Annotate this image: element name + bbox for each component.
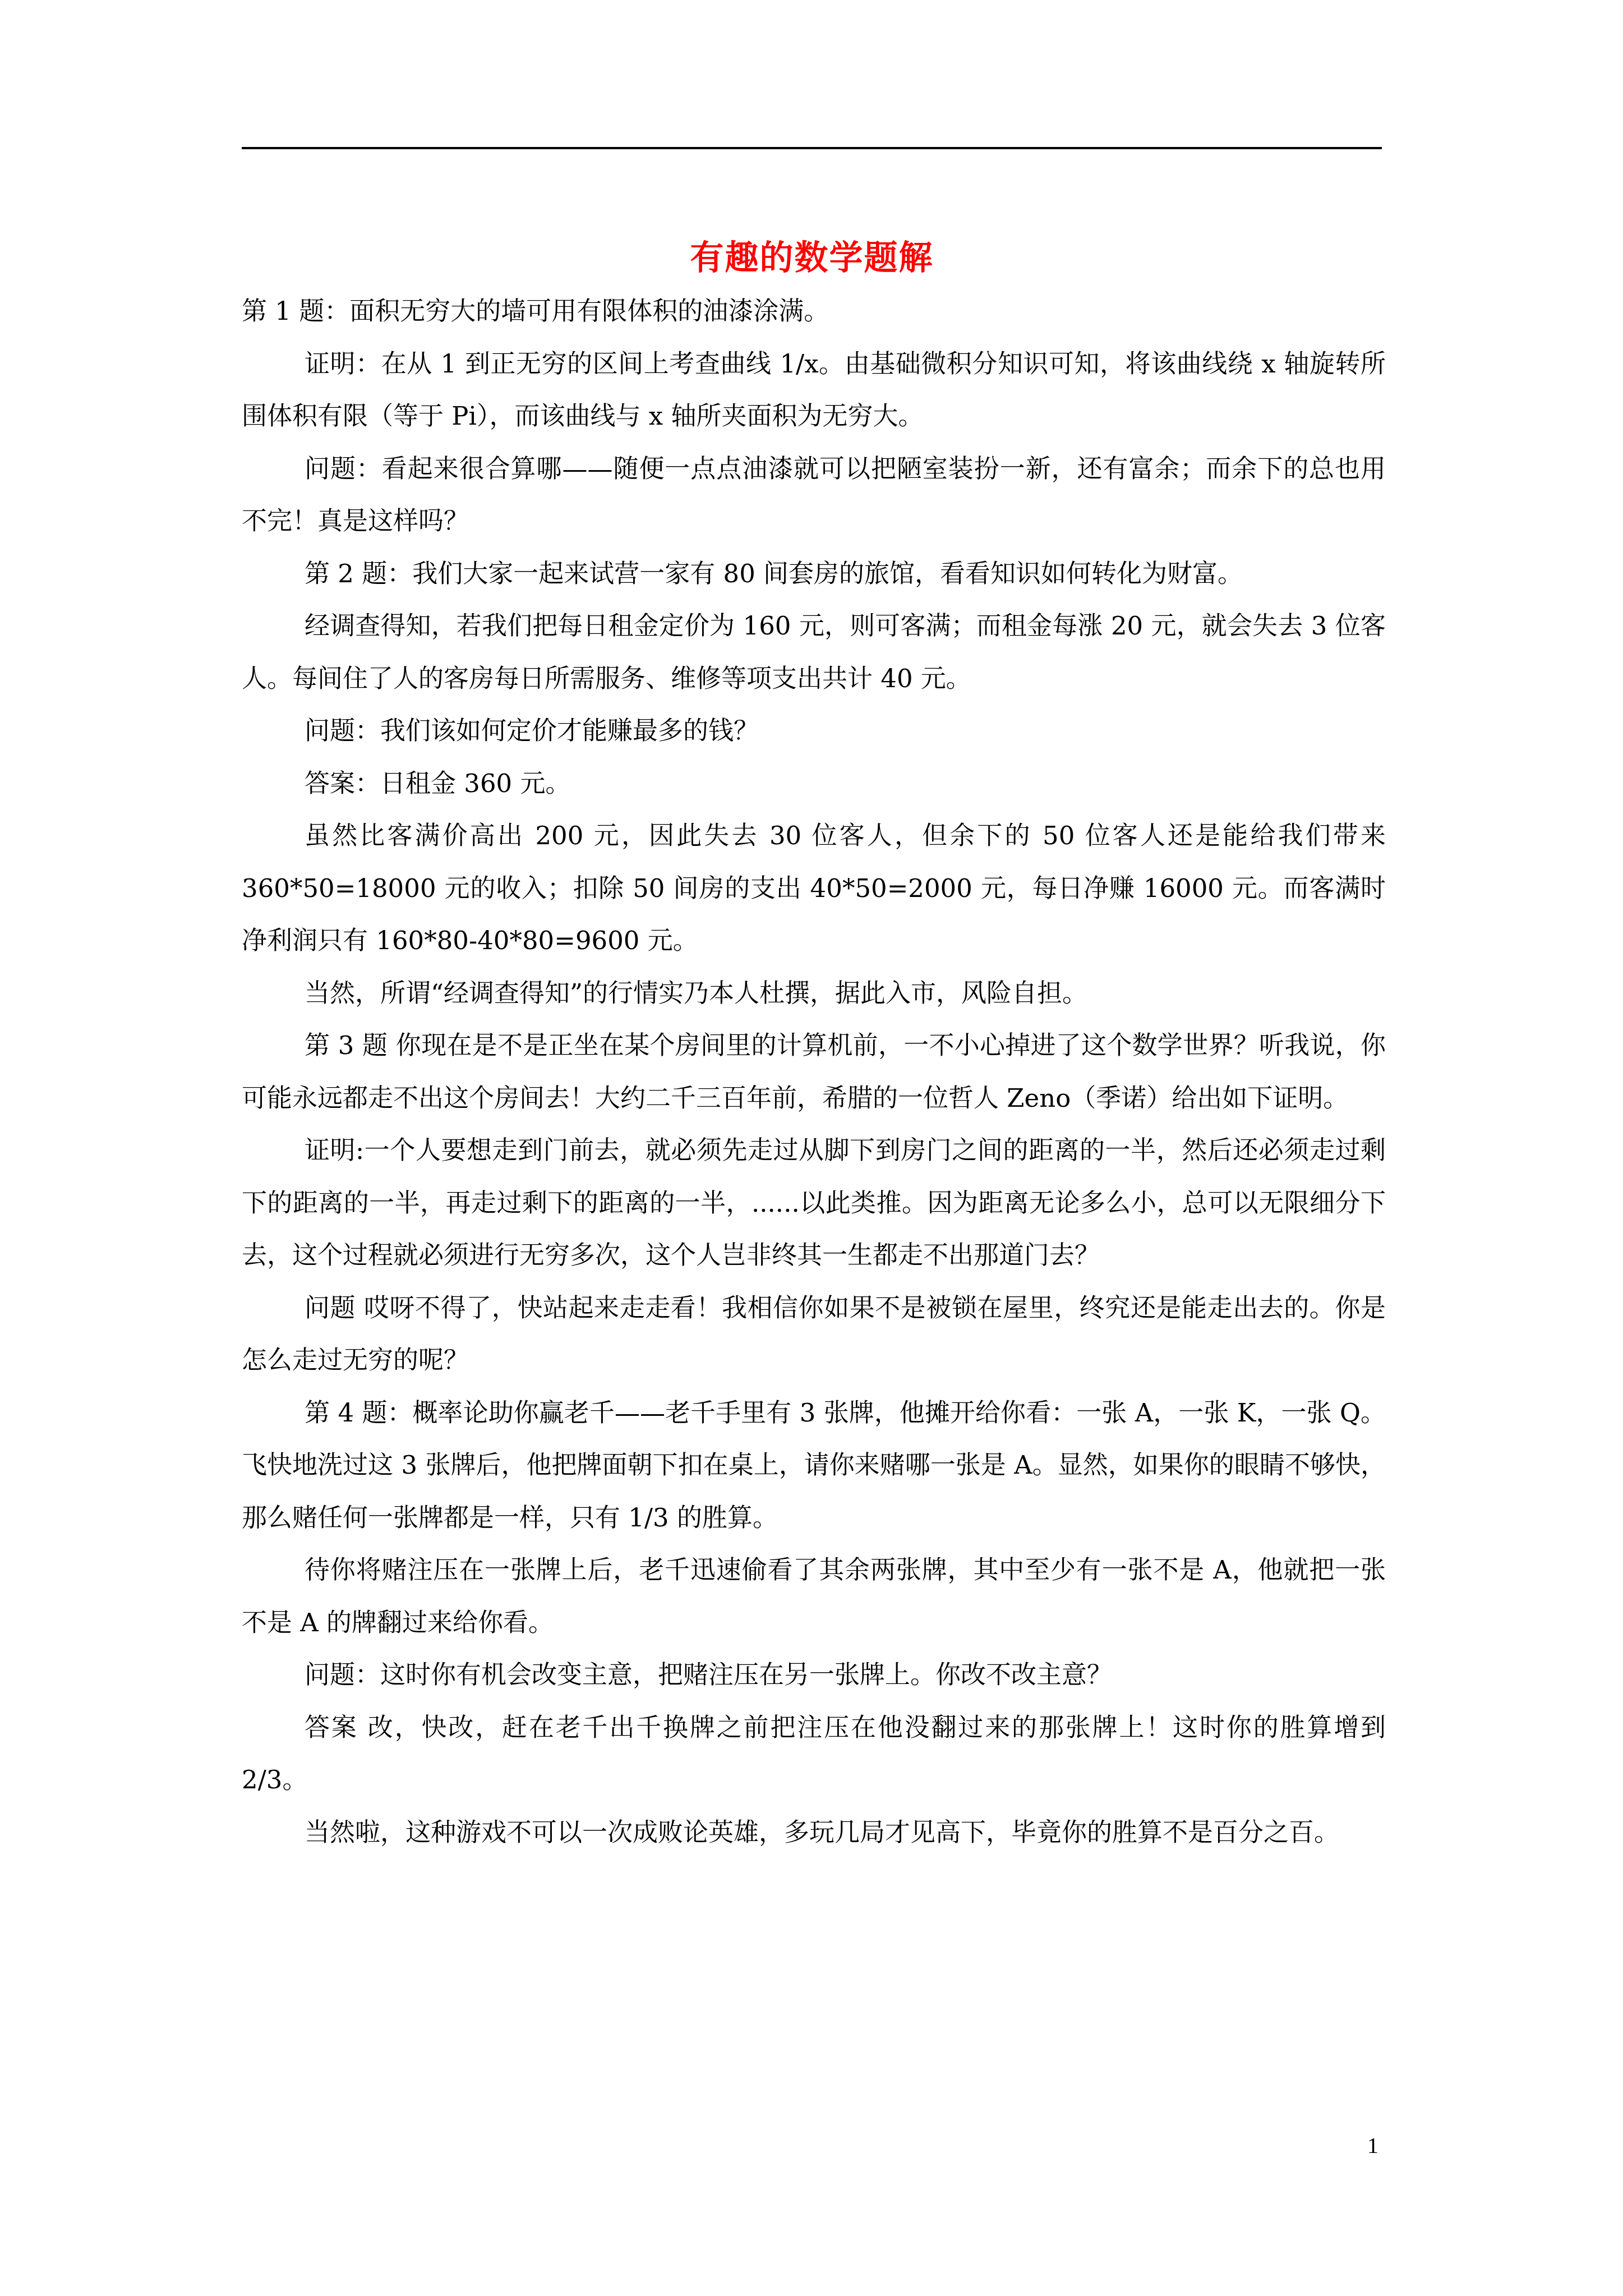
problem-4-question: 问题：这时你有机会改变主意，把赌注压在另一张牌上。你改不改主意？ [242, 1649, 1386, 1701]
problem-1-proof: 证明：在从 1 到正无穷的区间上考查曲线 1/x。由基础微积分知识可知，将该曲线… [242, 338, 1386, 443]
problem-4-setup: 待你将赌注压在一张牌上后，老千迅速偷看了其余两张牌，其中至少有一张不是 A，他就… [242, 1544, 1386, 1649]
problem-2-answer: 答案：日租金 360 元。 [242, 757, 1386, 810]
problem-4-conclusion: 当然啦，这种游戏不可以一次成败论英雄，多玩几局才见高下，毕竟你的胜算不是百分之百… [242, 1806, 1386, 1859]
document-body: 第 1 题：面积无穷大的墙可用有限体积的油漆涂满。 证明：在从 1 到正无穷的区… [242, 285, 1386, 1858]
problem-1-heading: 第 1 题：面积无穷大的墙可用有限体积的油漆涂满。 [242, 285, 1386, 338]
problem-2-explanation: 虽然比客满价高出 200 元，因此失去 30 位客人，但余下的 50 位客人还是… [242, 809, 1386, 967]
header-rule [242, 147, 1382, 149]
problem-3-question: 问题 哎呀不得了，快站起来走走看！我相信你如果不是被锁在屋里，终究还是能走出去的… [242, 1282, 1386, 1387]
problem-3-heading: 第 3 题 你现在是不是正坐在某个房间里的计算机前，一不小心掉进了这个数学世界？… [242, 1019, 1386, 1124]
page-number: 1 [1367, 2132, 1378, 2160]
problem-2-heading: 第 2 题：我们大家一起来试营一家有 80 间套房的旅馆，看看知识如何转化为财富… [242, 547, 1386, 600]
problem-3-proof: 证明:一个人要想走到门前去，就必须先走过从脚下到房门之间的距离的一半，然后还必须… [242, 1124, 1386, 1282]
problem-2-disclaimer: 当然，所谓“经调查得知”的行情实乃本人杜撰，据此入市，风险自担。 [242, 967, 1386, 1020]
problem-2-conditions: 经调查得知，若我们把每日租金定价为 160 元，则可客满；而租金每涨 20 元，… [242, 600, 1386, 705]
problem-2-question: 问题：我们该如何定价才能赚最多的钱？ [242, 705, 1386, 757]
problem-4-heading: 第 4 题：概率论助你赢老千——老千手里有 3 张牌，他摊开给你看：一张 A，一… [242, 1387, 1386, 1544]
problem-1-question: 问题：看起来很合算哪——随便一点点油漆就可以把陋室装扮一新，还有富余；而余下的总… [242, 443, 1386, 547]
problem-4-answer: 答案 改，快改，赶在老千出千换牌之前把注压在他没翻过来的那张牌上！这时你的胜算增… [242, 1701, 1386, 1806]
document-title: 有趣的数学题解 [242, 236, 1382, 280]
